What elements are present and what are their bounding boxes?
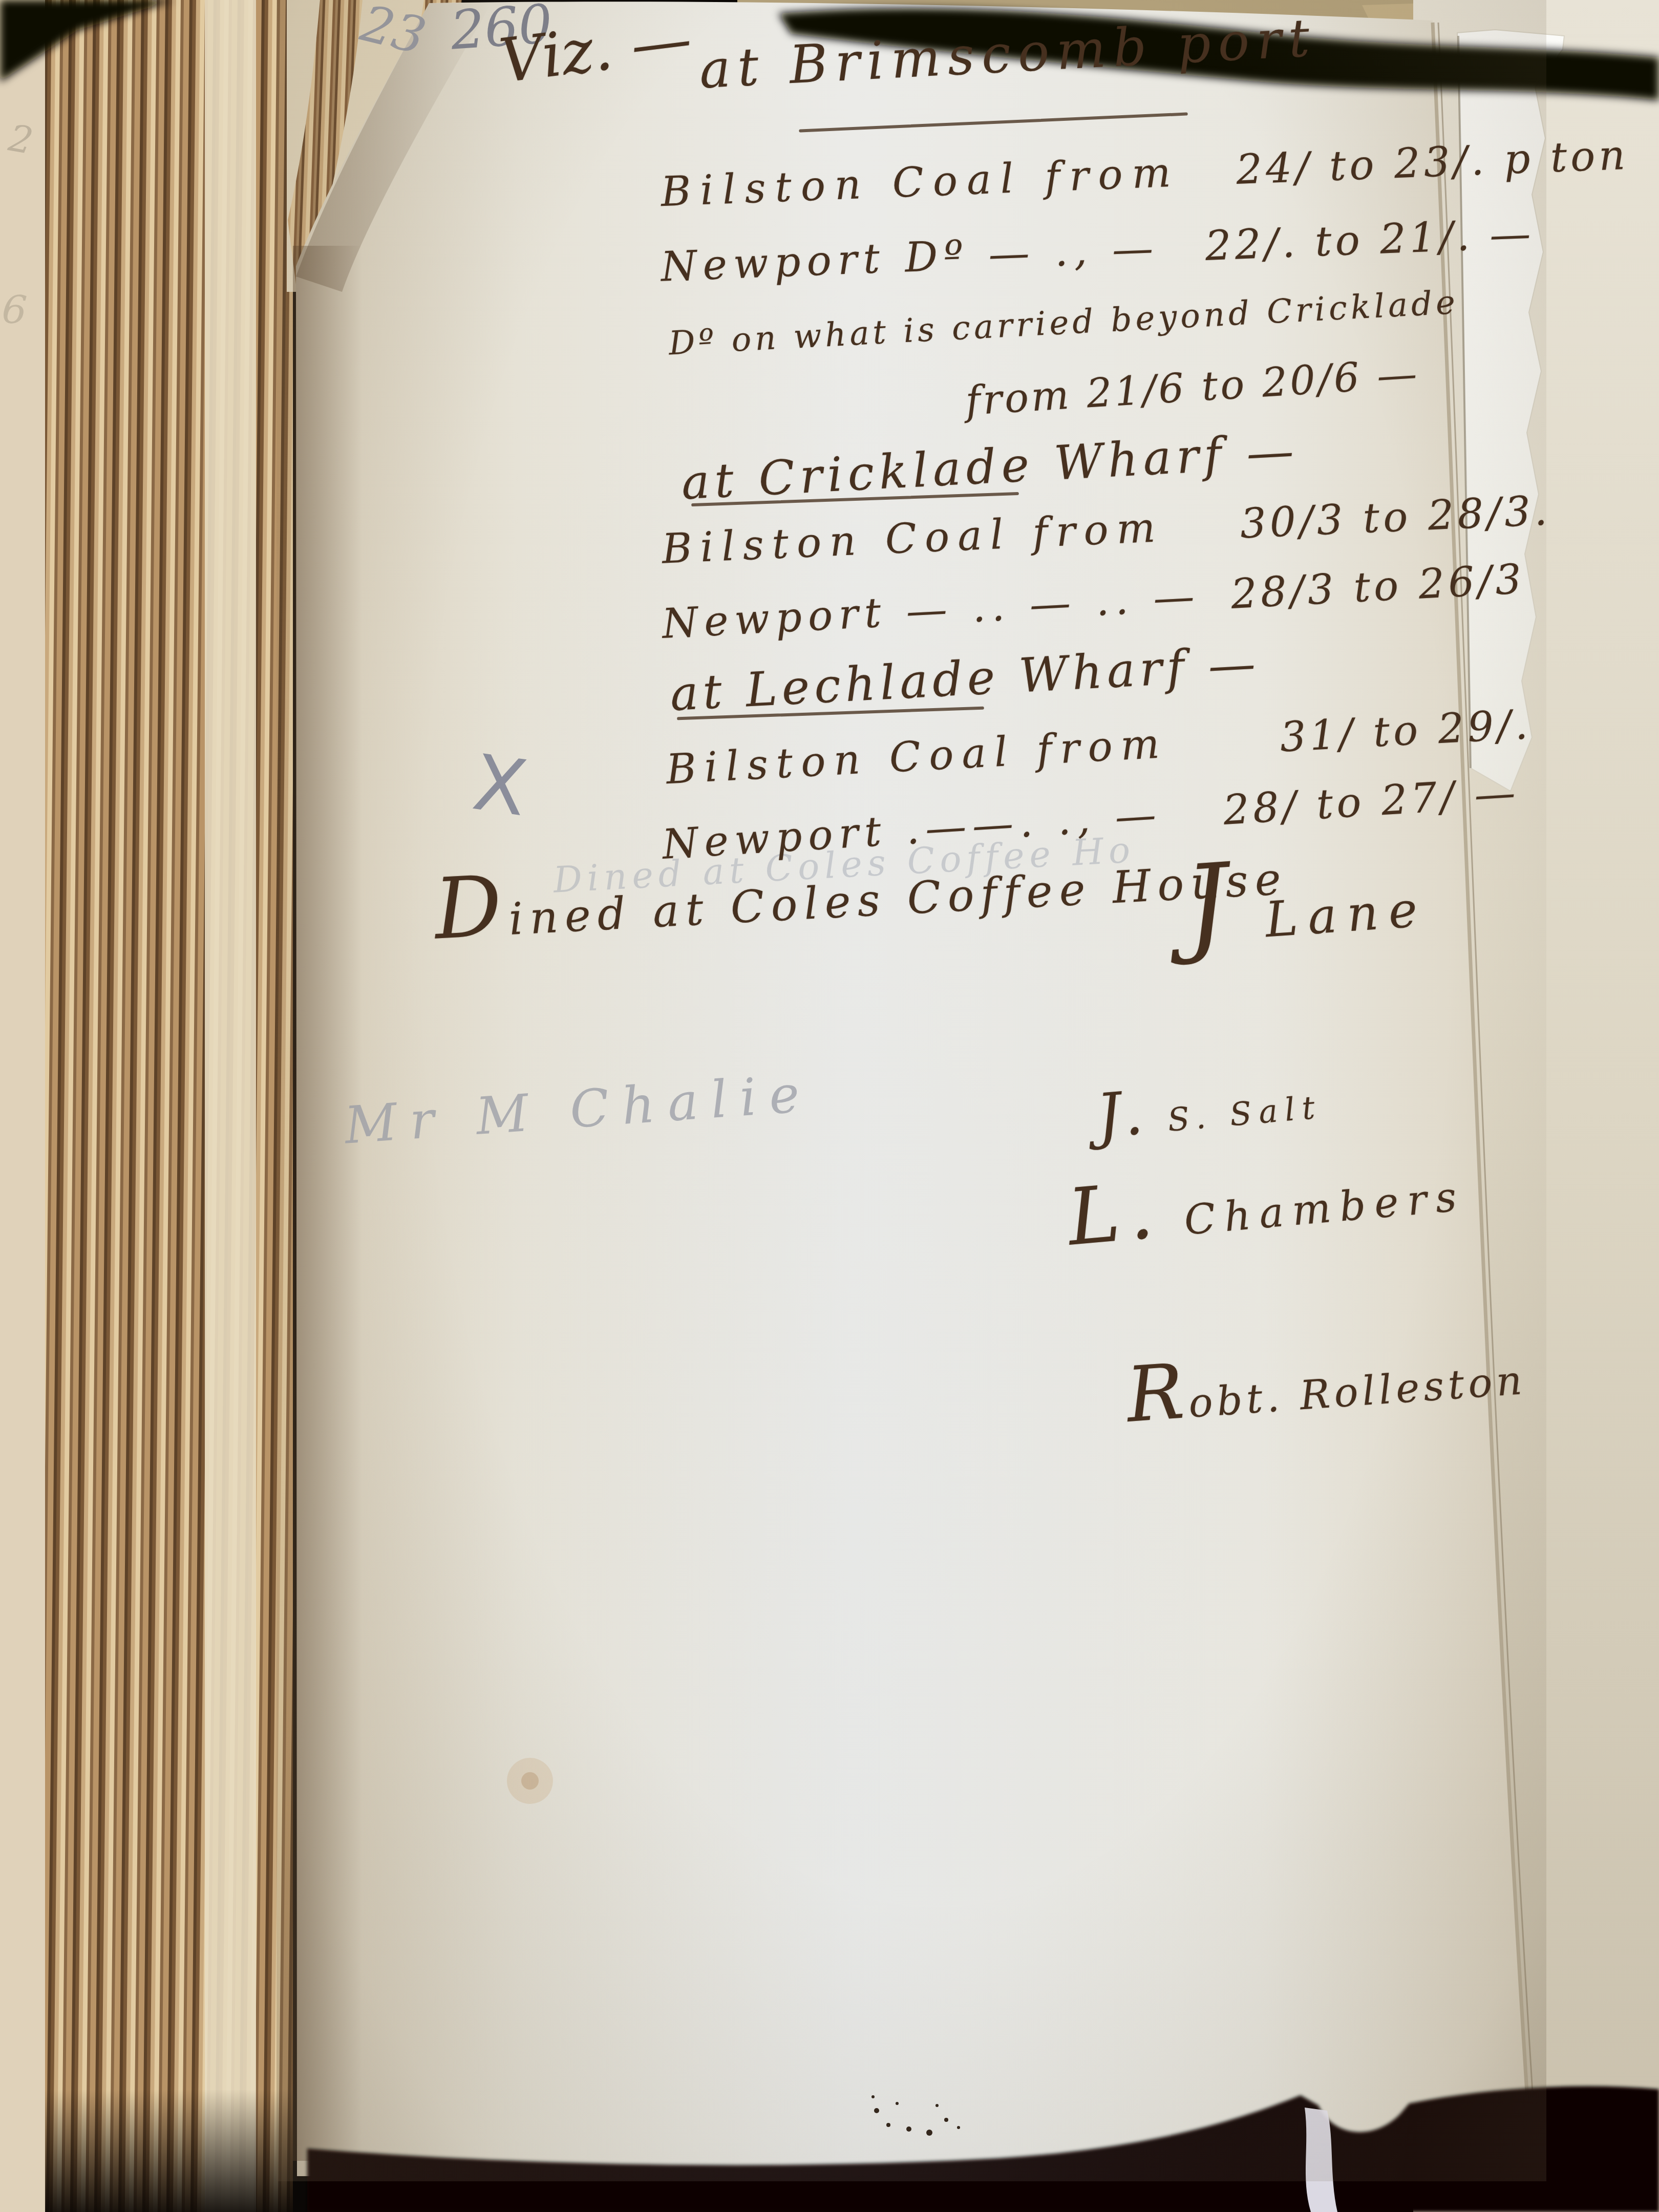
sliver-mark: 6 bbox=[1, 286, 28, 333]
stain bbox=[507, 1758, 553, 1804]
closing-attendee: J Lane bbox=[1183, 852, 1430, 954]
manuscript-photo: 2 6 23 260 Viz. — at Brimscomb port Bils… bbox=[0, 0, 1659, 2212]
